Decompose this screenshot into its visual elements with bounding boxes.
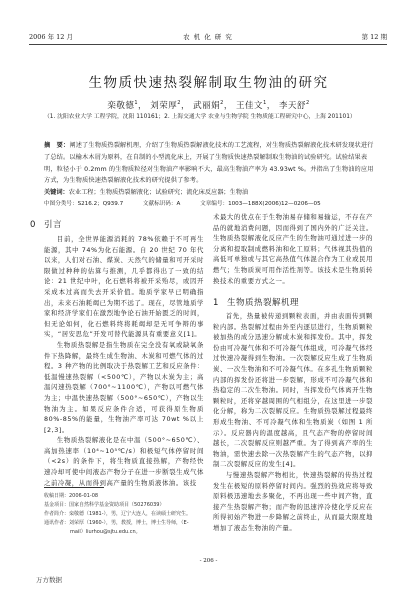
section-heading-introduction: 0引言 (30, 218, 62, 230)
document-code: 文献标识码：A (143, 201, 180, 207)
paragraph: 目前，全世界能源消耗的 78%依赖于不可再生能源，其中 74%为化石能源。自 2… (44, 234, 204, 340)
section-title: 引言 (44, 220, 62, 230)
issue-number: 第 12 期 (362, 32, 387, 41)
section-title: 生物质热裂解机理 (227, 298, 299, 308)
header-divider (29, 44, 387, 45)
clc-number: 中图分类号：S216.2；Q939.7 (44, 201, 123, 207)
author: 刘荣厚 (150, 101, 177, 111)
journal-name: 农 机 化 研 究 (29, 32, 387, 41)
keywords: 关键词：农业工程；生物质热裂解液化；试验研究；流化床反应器；生物油 (44, 187, 374, 196)
paragraph: 首先，热量被传递到颗粒表面，并由表面传到颗粒内部。热裂解过程由外至内逐层进行，生… (213, 311, 373, 470)
section-number: 0 (30, 220, 44, 230)
right-column-section1: 首先，热量被传递到颗粒表面，并由表面传到颗粒内部。热裂解过程由外至内逐层进行，生… (213, 311, 373, 533)
author-affiliation-mark: 1 (134, 100, 138, 106)
abstract-label: 摘 要： (44, 142, 69, 149)
corresponding-email: mail）liurhou@sjtu.edu.cn。 (44, 528, 209, 537)
left-column: 目前，全世界能源消耗的 78%依赖于不可再生能源，其中 74%为化石能源。自 2… (44, 234, 204, 488)
paragraph: 生物质热裂解液化是在中温（500°~650℃）、高加热速率（10⁴~10⁵℃/s… (44, 435, 204, 488)
paragraph: 与慢速热裂解产物相比，快速热裂解的传热过程发生在极短的原料停留时间内。强烈的热效… (213, 470, 373, 534)
received-date: 收稿日期：2006-01-08 (44, 492, 209, 501)
watermark: 万方数据 (36, 575, 62, 584)
paper-title: 生物质快速热裂解制取生物油的研究 (0, 71, 417, 91)
fund-info: 基金项目：国家自然科学基金资助项目（50276039） (44, 501, 209, 510)
author-bio: 作者简介：栾敬德（1981-），男，辽宁大连人，在读硕士研究生。 (44, 510, 209, 519)
footnotes: 收稿日期：2006-01-08 基金项目：国家自然科学基金资助项目（502760… (44, 492, 209, 537)
paragraph: 术最大的优点在于生物油易存储和易输运，不存在产品的就地消费问题，因而得到了国内外… (213, 212, 373, 286)
author: 武丽娟 (193, 101, 220, 111)
keywords-text: 农业工程；生物质热裂解液化；试验研究；流化床反应器；生物油 (69, 189, 248, 196)
classification-line: 中图分类号：S216.2；Q939.7 文献标识码：A 文章编号：1003—18… (44, 199, 384, 207)
keywords-label: 关键词： (44, 189, 69, 196)
author: 李天舒 (279, 101, 306, 111)
section-number: 1 (213, 298, 227, 308)
corresponding-author: 通讯作者：刘荣厚（1960-），男，教授，博士，博士生导师，（E- (44, 519, 209, 528)
page-number: - 206 - (0, 558, 417, 564)
right-column: 术最大的优点在于生物油易存储和易输运，不存在产品的就地消费问题，因而得到了国内外… (213, 212, 373, 286)
abstract: 摘 要：阐述了生物质热裂解机理，介绍了生物质热裂解液化技术的工艺流程，对生物质热… (44, 140, 374, 187)
author: 栾敬德 (107, 101, 134, 111)
affiliations: （1. 沈阳农业大学 工程学院，沈阳 110161；2. 上海交通大学 农业与生… (44, 112, 374, 123)
author-list: 栾敬德1， 刘荣厚2， 武丽娟2， 王佳文1， 李天舒2 (0, 99, 417, 111)
paragraph: 生物质热裂解是指生物质在完全没有氧或缺氧条件下热降解，最终生成生物油、木炭和可燃… (44, 340, 204, 435)
author-affiliation-mark: 2 (177, 100, 181, 106)
abstract-text: 阐述了生物质热裂解机理，介绍了生物质热裂解液化技术的工艺流程，对生物质热裂解液化… (44, 142, 374, 184)
footnote-divider (44, 487, 104, 488)
author-affiliation-mark: 2 (306, 100, 310, 106)
author-affiliation-mark: 1 (263, 100, 267, 106)
author: 王佳文 (236, 101, 263, 111)
author-affiliation-mark: 2 (220, 100, 224, 106)
running-header: 2006 年 12 月 农 机 化 研 究 第 12 期 (29, 31, 387, 43)
section-heading-mechanism: 1生物质热裂解机理 (213, 296, 299, 308)
article-number: 文章编号：1003—188X(2006)12—0206—05 (200, 201, 321, 207)
